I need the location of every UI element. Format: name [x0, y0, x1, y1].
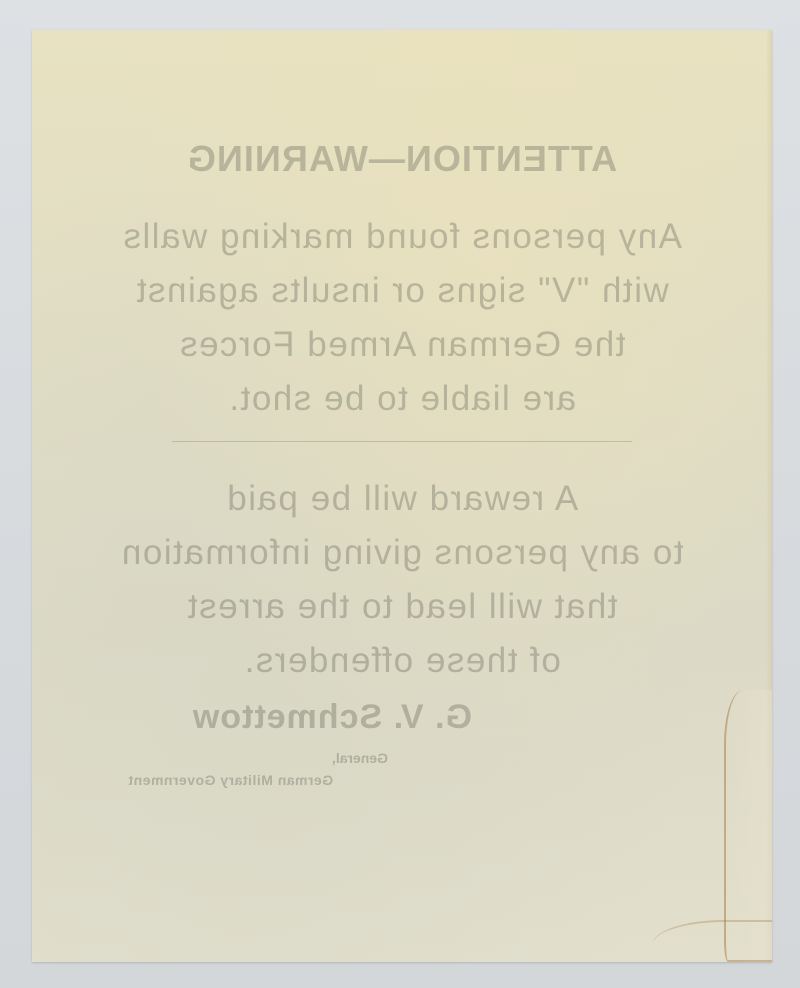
signature-organization: German Military Government	[128, 772, 333, 788]
paragraph-line: A reward will be paid	[32, 472, 772, 526]
signature-name: G. V. Schmettow	[92, 698, 472, 737]
section-divider	[172, 441, 632, 442]
paragraph-line: of these offenders.	[32, 634, 772, 688]
reward-paragraph: A reward will be paid to any persons giv…	[32, 472, 772, 688]
paragraph-line: Any persons found marking walls	[32, 210, 772, 264]
signature-rank: General,	[332, 750, 388, 766]
paragraph-line: with "V" signs or insults against	[32, 264, 772, 318]
paragraph-line: to any persons giving information	[32, 526, 772, 580]
paragraph-line: that will lead to the arrest	[32, 580, 772, 634]
paper-sheet: ATTENTION—WARNING Any persons found mark…	[32, 30, 772, 962]
notice-title: ATTENTION—WARNING	[32, 138, 772, 180]
paragraph-line: are liable to be shot.	[32, 372, 772, 426]
paragraph-line: the German Armed Forces	[32, 318, 772, 372]
warning-paragraph: Any persons found marking walls with "V"…	[32, 210, 772, 426]
show-through-text: ATTENTION—WARNING Any persons found mark…	[32, 30, 772, 962]
